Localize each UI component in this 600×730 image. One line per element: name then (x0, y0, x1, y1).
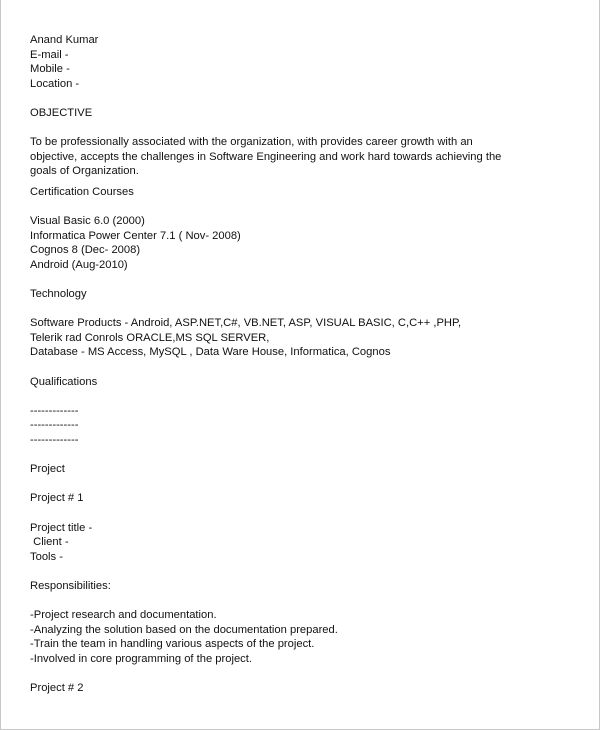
certifications-heading: Certification Courses (30, 185, 570, 200)
project-1-label: Project # 1 (30, 491, 570, 506)
candidate-name: Anand Kumar (30, 33, 570, 48)
certification-item: Cognos 8 (Dec- 2008) (30, 243, 570, 258)
technology-heading: Technology (30, 287, 570, 302)
project-title-line: Project title - (30, 521, 570, 536)
project-heading: Project (30, 462, 570, 477)
spacer (30, 200, 570, 215)
technology-line: Database - MS Access, MySQL , Data Ware … (30, 345, 570, 360)
objective-text-line: goals of Organization. (30, 164, 570, 179)
location-line: Location - (30, 77, 570, 92)
spacer (30, 389, 570, 404)
spacer (30, 273, 570, 288)
responsibilities-heading: Responsibilities: (30, 579, 570, 594)
project-tools-line: Tools - (30, 550, 570, 565)
objective-heading: OBJECTIVE (30, 106, 570, 121)
responsibility-item: -Project research and documentation. (30, 608, 570, 623)
spacer (30, 448, 570, 463)
project-client-line: Client - (30, 535, 570, 550)
technology-line: Software Products - Android, ASP.NET,C#,… (30, 316, 570, 331)
spacer (30, 91, 570, 106)
responsibility-item: -Involved in core programming of the pro… (30, 652, 570, 667)
spacer (30, 121, 570, 136)
spacer (30, 667, 570, 682)
spacer (30, 302, 570, 317)
email-line: E-mail - (30, 48, 570, 63)
qualifications-heading: Qualifications (30, 375, 570, 390)
responsibility-item: -Analyzing the solution based on the doc… (30, 623, 570, 638)
certification-item: Android (Aug-2010) (30, 258, 570, 273)
technology-line: Telerik rad Conrols ORACLE,MS SQL SERVER… (30, 331, 570, 346)
mobile-line: Mobile - (30, 62, 570, 77)
spacer (30, 506, 570, 521)
qualification-item: ------------- (30, 404, 570, 419)
project-2-label: Project # 2 (30, 681, 570, 696)
objective-text-line: objective, accepts the challenges in Sof… (30, 150, 570, 165)
resume-content: Anand Kumar E-mail - Mobile - Location -… (30, 33, 570, 696)
certification-item: Informatica Power Center 7.1 ( Nov- 2008… (30, 229, 570, 244)
responsibility-item: -Train the team in handling various aspe… (30, 637, 570, 652)
qualification-item: ------------- (30, 418, 570, 433)
qualification-item: ------------- (30, 433, 570, 448)
objective-text-line: To be professionally associated with the… (30, 135, 570, 150)
spacer (30, 477, 570, 492)
certification-item: Visual Basic 6.0 (2000) (30, 214, 570, 229)
spacer (30, 564, 570, 579)
spacer (30, 594, 570, 609)
spacer (30, 360, 570, 375)
resume-page: Anand Kumar E-mail - Mobile - Location -… (0, 0, 600, 730)
